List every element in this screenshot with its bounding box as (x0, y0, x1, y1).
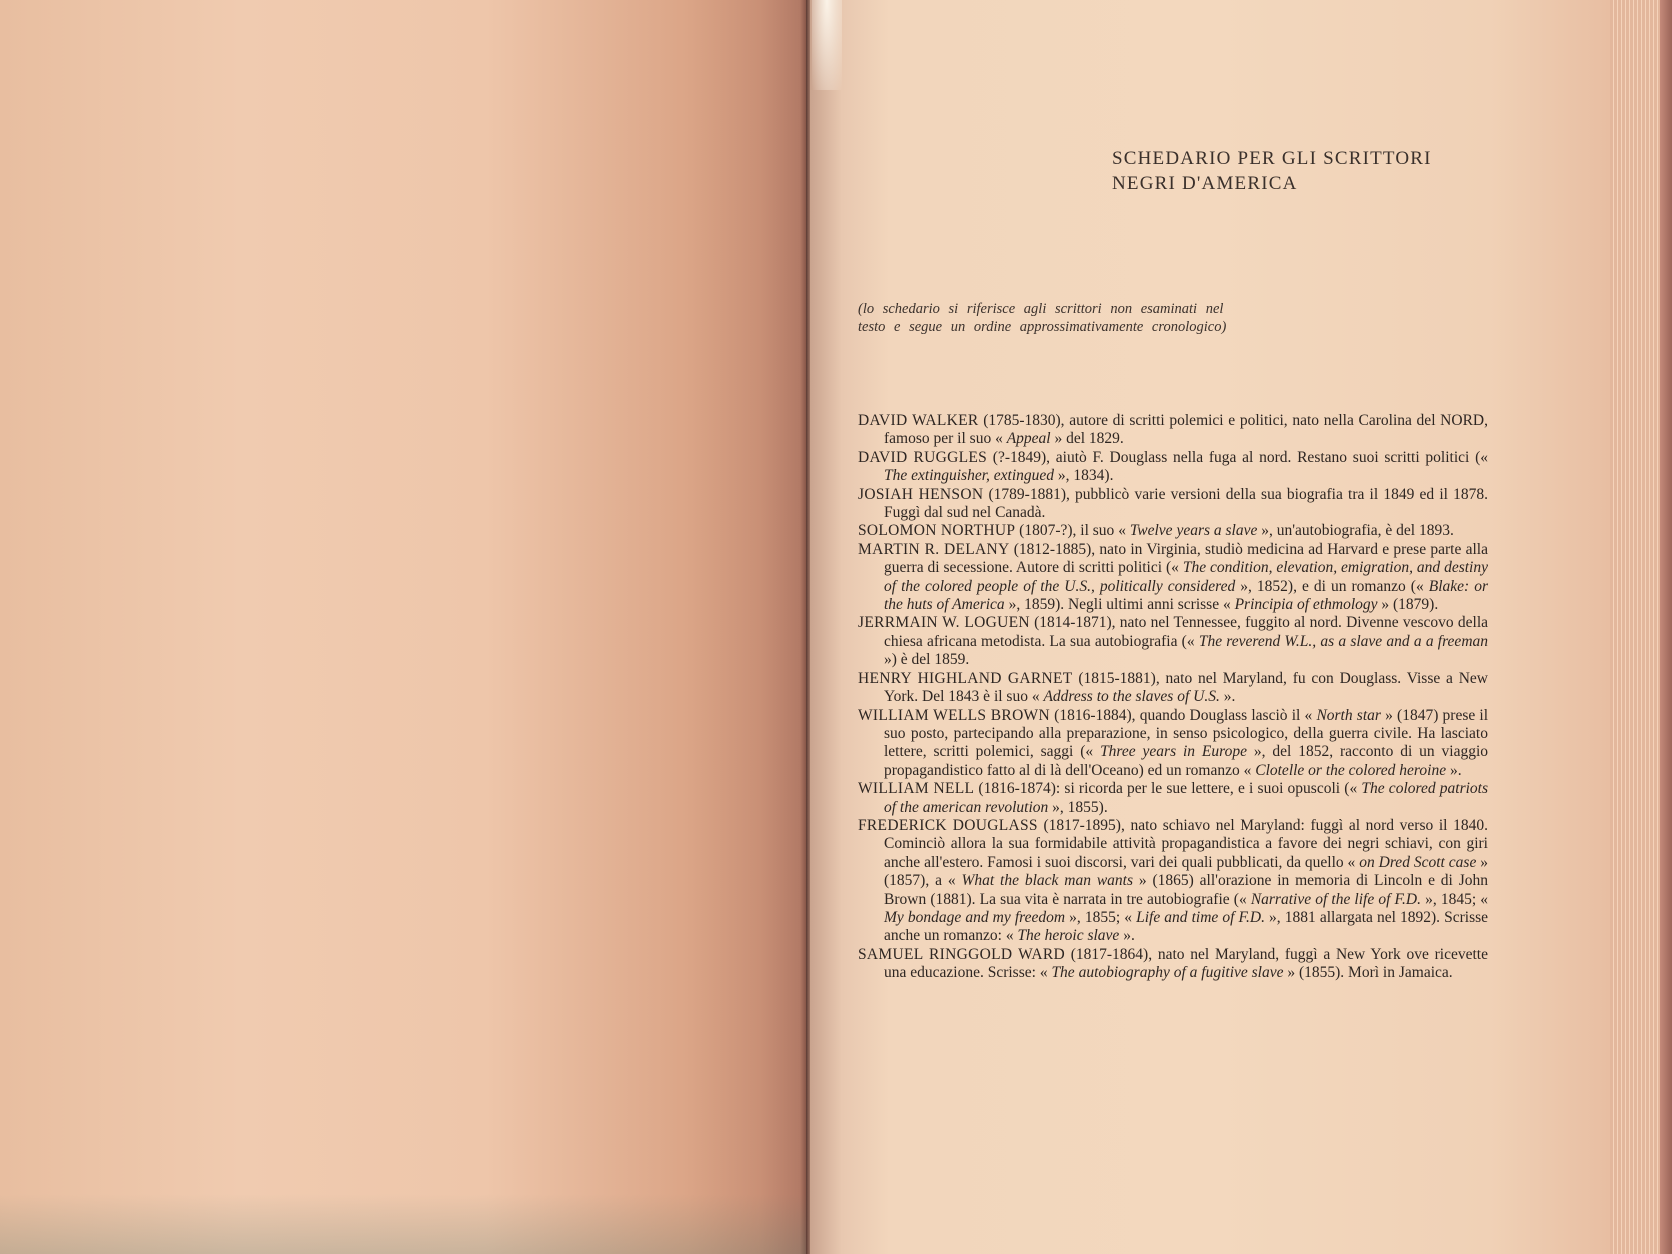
entry-frederick-douglass: FREDERICK DOUGLASS (1817-1895), nato sch… (858, 817, 1488, 946)
work-title: The colored patriots of the american rev… (884, 780, 1488, 815)
work-title: The autobiography of a fugitive slave (1051, 964, 1283, 981)
work-title: The heroic slave (1017, 927, 1119, 944)
entry-name: WILLIAM NELL (858, 780, 974, 797)
entry-david-ruggles: DAVID RUGGLES (?-1849), aiutò F. Douglas… (858, 449, 1488, 486)
entry-name: FREDERICK DOUGLASS (858, 817, 1038, 834)
entry-solomon-northup: SOLOMON NORTHUP (1807-?), il suo « Twelv… (858, 522, 1488, 540)
work-title: Three years in Europe (1100, 743, 1247, 760)
page-edges (1610, 0, 1672, 1254)
title-line-2: NEGRI D'AMERICA (1112, 171, 1512, 196)
entry-william-nell: WILLIAM NELL (1816-1874): si ricorda per… (858, 780, 1488, 817)
entry-name: DAVID RUGGLES (858, 449, 987, 466)
work-title: The reverend W.L., as a slave and a a fr… (1199, 633, 1488, 650)
entry-martin-delany: MARTIN R. DELANY (1812-1885), nato in Vi… (858, 541, 1488, 615)
left-page-blank (0, 0, 808, 1254)
entry-william-wells-brown: WILLIAM WELLS BROWN (1816-1884), quando … (858, 707, 1488, 781)
entry-name: MARTIN R. DELANY (858, 541, 1009, 558)
note-line-2: testo e segue un ordine approssimativame… (858, 318, 1328, 336)
entry-name: DAVID WALKER (858, 412, 979, 429)
work-title: Appeal (1007, 430, 1051, 447)
work-title: Clotelle or the colored heroine (1255, 762, 1446, 779)
entry-david-walker: DAVID WALKER (1785-1830), autore di scri… (858, 412, 1488, 449)
entry-name: JERRMAIN W. LOGUEN (858, 614, 1030, 631)
work-title: The extinguisher, extingued (884, 467, 1054, 484)
work-title: My bondage and my freedom (884, 909, 1065, 926)
entry-name: JOSIAH HENSON (858, 486, 983, 503)
entry-text: (1807-?), il suo « Twelve years a slave … (1015, 522, 1454, 539)
book-spread: SCHEDARIO PER GLI SCRITTORI NEGRI D'AMER… (0, 0, 1672, 1254)
entry-henry-garnet: HENRY HIGHLAND GARNET (1815-1881), nato … (858, 670, 1488, 707)
work-title: Address to the slaves of U.S. (1043, 688, 1219, 705)
work-title: Narrative of the life of F.D. (1251, 891, 1421, 908)
title-line-1: SCHEDARIO PER GLI SCRITTORI (1112, 146, 1512, 171)
entry-name: SAMUEL RINGGOLD WARD (858, 946, 1065, 963)
entry-text: (1816-1874): si ricorda per le sue lette… (884, 780, 1488, 815)
work-title: Life and time of F.D. (1136, 909, 1265, 926)
work-title: Twelve years a slave (1130, 522, 1258, 539)
note-line-1: (lo schedario si riferisce agli scrittor… (858, 300, 1328, 318)
entry-josiah-henson: JOSIAH HENSON (1789-1881), pubblicò vari… (858, 486, 1488, 523)
entry-text: (1817-1895), nato schiavo nel Maryland: … (884, 817, 1488, 944)
page-title: SCHEDARIO PER GLI SCRITTORI NEGRI D'AMER… (1112, 146, 1512, 196)
light-glare (812, 0, 842, 90)
entry-name: SOLOMON NORTHUP (858, 522, 1015, 539)
work-title: Principia of ethmology (1235, 596, 1378, 613)
work-title: on Dred Scott case (1359, 854, 1476, 871)
author-entries: DAVID WALKER (1785-1830), autore di scri… (858, 412, 1488, 983)
editorial-note: (lo schedario si riferisce agli scrittor… (858, 300, 1328, 336)
entry-name: HENRY HIGHLAND GARNET (858, 670, 1073, 687)
entry-name: WILLIAM WELLS BROWN (858, 707, 1050, 724)
work-title: What the black man wants (961, 872, 1133, 889)
entry-jerrmain-loguen: JERRMAIN W. LOGUEN (1814-1871), nato nel… (858, 614, 1488, 669)
entry-samuel-ward: SAMUEL RINGGOLD WARD (1817-1864), nato n… (858, 946, 1488, 983)
work-title: North star (1316, 707, 1380, 724)
work-title: The condition, elevation, emigration, an… (884, 559, 1488, 594)
